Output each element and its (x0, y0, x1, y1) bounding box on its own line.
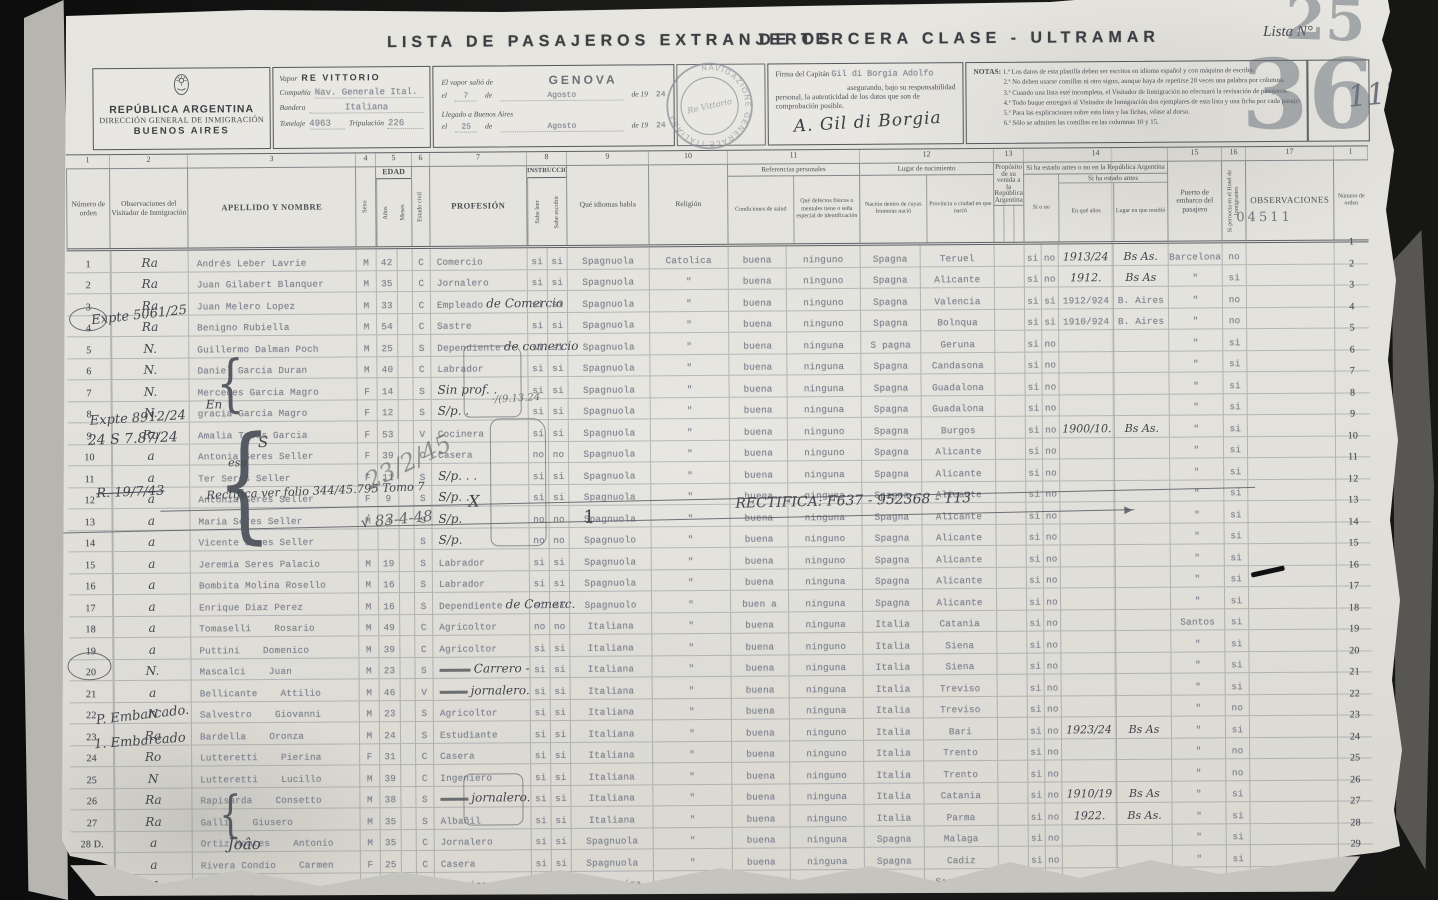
cell-pv: Burgos (922, 417, 996, 438)
cell-prof: Comercio (431, 248, 528, 269)
cell-na: Spagna (865, 826, 925, 847)
cell-s1: si (1029, 847, 1046, 868)
cell-yr: 53 (378, 421, 399, 442)
cell-pt: " (1171, 652, 1225, 673)
cell-mk: a (113, 530, 191, 551)
cell-pt: " (1170, 458, 1224, 479)
cell-ob (1247, 350, 1335, 371)
column-number: 11 (728, 150, 860, 164)
cell-nm: Galli Giusero (192, 808, 360, 830)
cell-wr: si (548, 334, 568, 355)
column-number: 3 (188, 153, 356, 167)
cell-rd: no (530, 614, 550, 635)
cell-na: Spagna (861, 288, 921, 309)
cell-s2: no (1046, 846, 1063, 867)
cell-yr: 16 (379, 572, 400, 593)
cell-s1: si (1028, 761, 1045, 782)
cell-pv: Bari (924, 718, 998, 739)
cell-cv: V (416, 679, 434, 700)
cell-rd: si (531, 764, 551, 785)
cell-cv: C (413, 292, 431, 313)
cell-ho: si (1224, 437, 1248, 458)
cell-bp (1117, 695, 1172, 716)
de-label: de (485, 90, 492, 99)
cell-yr: 14 (377, 378, 398, 399)
cell-mo (402, 851, 417, 872)
cell-de: ninguno (788, 439, 862, 460)
cell-by (1059, 373, 1114, 394)
cell-pp (997, 632, 1027, 653)
cell-s1: si (1027, 546, 1044, 567)
cell-sx: M (359, 593, 379, 614)
col-civil: Estado civil (412, 167, 431, 246)
pencil-box-ages-6-8 (463, 345, 522, 417)
cell-de: ninguno (787, 246, 861, 267)
cell-de: ninguna (788, 396, 862, 417)
cell-he: buena (732, 805, 790, 826)
cell-bp: Bs As (1114, 265, 1169, 286)
cell-s1: si (1027, 632, 1044, 653)
cell-yr: 24 (380, 722, 401, 743)
cell-mk: a (113, 616, 191, 637)
cell-mo (400, 636, 415, 657)
cell-pt: " (1170, 437, 1224, 458)
cell-pt: " (1170, 480, 1224, 501)
cell-de: ninguna (787, 332, 861, 353)
cell-rl: " (650, 311, 729, 332)
cell-s2: no (1043, 459, 1060, 480)
cell-s2: no (1043, 502, 1060, 523)
col-edad: EDAD AñosMeses (376, 167, 413, 246)
cell-lg: Italiana (570, 613, 652, 634)
cell-cv: S (413, 335, 431, 356)
cell-by (1061, 610, 1116, 631)
el-label2: el (442, 122, 447, 131)
cell-pv: Alicante (923, 589, 997, 610)
col-idiomas: Qué idiomas habla (567, 165, 650, 245)
cell-ho: si (1226, 716, 1250, 737)
cell-mk: a (112, 509, 190, 530)
cell-s1: si (1025, 266, 1042, 287)
cell-lg: Spagnuola (569, 462, 651, 483)
annotation-s04511: 04511 (1236, 210, 1292, 225)
tonelaje-label: Tonelaje (280, 118, 306, 127)
cell-by (1059, 352, 1114, 373)
cell-lg: Spagnuola (568, 247, 650, 268)
cell-s1: si (1027, 567, 1044, 588)
cell-pp (995, 374, 1025, 395)
cell-na: Italia (863, 632, 923, 653)
cell-sx: F (358, 443, 378, 464)
cell-na: Spagna (863, 589, 923, 610)
cell-he: buena (731, 526, 789, 547)
cell-na: Spagna (861, 374, 921, 395)
cell-wr: si (551, 742, 571, 763)
cell-de: ninguna (791, 848, 865, 869)
pencil-box-ages-10-15 (490, 418, 547, 546)
cell-sx: M (359, 658, 379, 679)
cell-pp (998, 782, 1028, 803)
table-header: Número de orden Observaciones del Visita… (66, 160, 1369, 251)
cell-n2: 20 (1337, 645, 1371, 666)
cell-yr: 40 (377, 357, 398, 378)
vapor-label: Vapor (279, 74, 297, 83)
cell-nm: Benigno Rubiella (189, 314, 357, 336)
cell-pv: Treviso (924, 696, 998, 717)
cell-wr: si (548, 291, 568, 312)
cell-mo (400, 571, 415, 592)
cell-ho: no (1223, 286, 1247, 307)
cell-yr: 39 (380, 765, 401, 786)
cell-yr (379, 529, 400, 550)
cell-pt: " (1172, 802, 1226, 823)
cell-rd: si (528, 334, 548, 355)
cell-ho: si (1227, 845, 1251, 866)
cell-ob (1249, 630, 1337, 651)
departure-month: Agosto (500, 91, 623, 102)
cell-n2: 24 (1338, 731, 1372, 752)
cell-bp (1116, 652, 1171, 673)
cell-pt: " (1171, 566, 1225, 587)
cell-by (1063, 846, 1118, 867)
cell-na: Spagna (863, 546, 923, 567)
cell-bp (1115, 459, 1170, 480)
cell-ho: si (1226, 673, 1250, 694)
cell-wr: si (551, 807, 571, 828)
cell-rd: si (530, 549, 550, 570)
cell-sx: M (357, 335, 377, 356)
circle-row21 (67, 652, 111, 680)
cell-wr: si (550, 635, 570, 656)
cell-s1: si (1025, 352, 1042, 373)
cell-mo (400, 593, 415, 614)
cell-nm: Lutteretti Pierina (192, 744, 360, 766)
cell-s2: no (1045, 782, 1062, 803)
cell-pv: Bolnqua (921, 309, 995, 330)
cell-sx: M (360, 722, 380, 743)
cell-pp (995, 309, 1025, 330)
cell-s2: no (1044, 545, 1061, 566)
cell-rl: " (652, 655, 731, 676)
cell-lg: Spagnuola (568, 333, 650, 354)
cell-pt: " (1171, 523, 1225, 544)
cell-de: ninguna (790, 697, 864, 718)
cell-yr: 12 (378, 400, 399, 421)
cell-mk: N. (111, 358, 189, 379)
column-number: 5 (376, 153, 412, 166)
cell-s1: si (1026, 503, 1043, 524)
cell-lg: Spagnuolo (570, 591, 652, 612)
cell-pv: Catania (924, 782, 998, 803)
cell-mo (398, 271, 413, 292)
cell-n2: 19 (1337, 623, 1371, 644)
cell-by: 1912/924 (1059, 287, 1114, 308)
arrival-month: Agosto (500, 122, 623, 133)
cell-pp (998, 761, 1028, 782)
column-number: 12 (860, 149, 994, 163)
captain-label: Firma del Capitán (775, 69, 829, 78)
arrival-day: 25 (455, 123, 477, 133)
cell-mo (399, 399, 414, 420)
table-body: 1RaAndrés Leber LavrieM42CComerciosisiSp… (67, 242, 1373, 896)
cell-mk: N. (111, 380, 189, 401)
cell-rd: si (530, 571, 550, 592)
cell-ho: si (1223, 351, 1247, 372)
cell-pt: " (1171, 630, 1225, 651)
bandera-label: Bandera (280, 103, 306, 112)
cell-n: 18 (69, 617, 113, 638)
cell-ho: si (1224, 394, 1248, 415)
cell-na: Spagna (861, 310, 921, 331)
cell-s2: no (1045, 803, 1062, 824)
cell-n2: 23 (1338, 709, 1372, 730)
cell-pt: " (1169, 351, 1223, 372)
cell-by (1061, 545, 1116, 566)
cell-na: Italia (864, 740, 924, 761)
cell-sx: M (360, 701, 380, 722)
cell-na: Spagna (863, 568, 923, 589)
cell-na: Italia (864, 761, 924, 782)
ship-crew: 226 (388, 117, 424, 128)
cell-n2: 9 (1336, 408, 1370, 429)
cell-s1: si (1025, 331, 1042, 352)
cell-ob (1248, 393, 1336, 414)
cell-ho: si (1225, 587, 1249, 608)
cell-yr: 35 (381, 830, 402, 851)
cell-sx: M (360, 679, 380, 700)
cell-de: ninguna (789, 611, 863, 632)
cell-wr: si (548, 377, 568, 398)
cell-rd: si (528, 356, 548, 377)
cell-s2: no (1042, 244, 1059, 265)
cell-ob (1248, 458, 1336, 479)
cell-cv: C (413, 356, 431, 377)
column-number: 9 (567, 151, 649, 165)
cell-n2: 25 (1338, 752, 1372, 773)
cell-n2: 16 (1337, 559, 1371, 580)
cell-de: ninguno (789, 525, 863, 546)
cell-mo (400, 657, 415, 678)
column-number: 2 (110, 155, 188, 169)
cell-rl: " (651, 419, 730, 440)
cell-ho: si (1223, 372, 1247, 393)
cell-rd: si (530, 657, 550, 678)
cell-he: buena (732, 784, 790, 805)
column-number: 1 (66, 155, 110, 168)
cell-ob (1247, 264, 1335, 285)
cell-lg: Spagnuola (568, 355, 650, 376)
cell-n: 28 D. (71, 832, 115, 853)
cell-ho: si (1226, 802, 1250, 823)
departure-day: 7 (455, 92, 477, 102)
cell-rl: " (654, 849, 733, 870)
cell-sx: M (357, 292, 377, 313)
cell-lg: Spagnuola (568, 376, 650, 397)
cell-n2: 21 (1338, 666, 1372, 687)
cell-n: 16 (69, 574, 113, 595)
cell-pt: " (1171, 587, 1225, 608)
cell-pp (998, 739, 1028, 760)
cell-pp (998, 804, 1028, 825)
cell-ob (1250, 694, 1338, 715)
cell-pp (995, 352, 1025, 373)
cell-rl: " (652, 612, 731, 633)
cell-mk: a (113, 552, 191, 573)
cell-sx: M (360, 808, 380, 829)
cell-pt: Barcelona (1169, 243, 1223, 264)
cell-s2: no (1042, 330, 1059, 351)
cell-pv: Siena (923, 653, 997, 674)
cell-wr: si (548, 269, 568, 290)
cell-prof: Empleadode Comercio (431, 291, 528, 312)
cell-n: 7 (67, 380, 111, 401)
cell-yr: 35 (377, 271, 398, 292)
cell-nm: Rivera Condio Carmen (193, 851, 361, 873)
cell-s2: no (1046, 825, 1063, 846)
cell-he: buena (729, 246, 787, 267)
cell-rl: " (650, 354, 729, 375)
cell-he: buena (730, 461, 788, 482)
cell-s1: si (1028, 804, 1045, 825)
cell-rl: " (653, 741, 732, 762)
cell-ob (1247, 286, 1335, 307)
cell-na: Spagna (862, 417, 922, 438)
column-number: 7 (430, 152, 527, 166)
cell-rd: si (531, 786, 551, 807)
cell-s1: si (1028, 739, 1045, 760)
cell-s1: si (1025, 245, 1042, 266)
cell-pt: " (1170, 394, 1224, 415)
cell-n: 1 (67, 251, 111, 272)
cell-s1: si (1027, 653, 1044, 674)
cell-rl: " (652, 548, 731, 569)
cell-prof: Agricoltor (434, 700, 531, 721)
cell-ho: si (1227, 824, 1251, 845)
cell-n2: 3 (1335, 279, 1369, 300)
cell-rl: " (650, 333, 729, 354)
cell-ob (1250, 716, 1338, 737)
cell-by (1061, 567, 1116, 588)
cell-prof: Estudiante (434, 721, 531, 742)
cell-by (1061, 524, 1116, 545)
cell-s1: si (1028, 696, 1045, 717)
cell-na: S pagna (861, 331, 921, 352)
cell-rd: si (530, 635, 550, 656)
cell-bp (1117, 738, 1172, 759)
cell-mk: a (113, 638, 191, 659)
cell-yr: 46 (380, 679, 401, 700)
cell-s2: si (1042, 309, 1059, 330)
cell-n2: 15 (1337, 537, 1371, 558)
cell-cv: C (417, 851, 435, 872)
ship-company: Nav. Generale Ital. (315, 86, 424, 98)
column-number: 15 (1168, 147, 1222, 160)
cell-s2: no (1044, 653, 1061, 674)
cell-pv: Malaga (925, 825, 999, 846)
cell-prof: Agricoltor (433, 614, 530, 635)
cell-de: ninguna (791, 826, 865, 847)
cell-yr: 39 (379, 636, 400, 657)
cell-pv: Teruel (921, 245, 995, 266)
cell-ob (1247, 372, 1335, 393)
cell-bp (1116, 523, 1171, 544)
cell-sx: F (358, 421, 378, 442)
cell-rl: " (651, 397, 730, 418)
cell-pp (997, 524, 1027, 545)
cell-s2: no (1044, 588, 1061, 609)
cell-s1: si (1028, 718, 1045, 739)
cell-cv: C (417, 829, 435, 850)
cell-pv: Cadiz (925, 847, 999, 868)
cell-pt: " (1170, 501, 1224, 522)
cell-bp (1117, 760, 1172, 781)
annotation-n112: 112 (1346, 75, 1406, 115)
cell-bp: B. Aires (1114, 287, 1169, 308)
cell-prof: Casera (434, 743, 531, 764)
cell-bp: Bs As. (1115, 416, 1170, 437)
cell-n2: 27 (1338, 795, 1372, 816)
cell-yr: 49 (379, 615, 400, 636)
cell-ob (1250, 737, 1338, 758)
cell-he: buena (729, 268, 787, 289)
cell-bp: Bs As (1117, 717, 1172, 738)
cell-rd: si (528, 270, 548, 291)
compania-label: Compañía (279, 87, 310, 96)
cell-pv: Alicante (923, 524, 997, 545)
cell-wr: si (550, 656, 570, 677)
cell-s2: no (1043, 416, 1060, 437)
cell-s1: si (1028, 675, 1045, 696)
cell-na: Italia (863, 611, 923, 632)
cell-s1: si (1026, 438, 1043, 459)
cell-cv: C (415, 636, 433, 657)
cell-lg: Spagnuola (568, 312, 650, 333)
voyage-box: El vapor salió deGENOVA el7deAgostode 19… (432, 64, 675, 148)
cell-na: Italia (864, 718, 924, 739)
cell-mo (400, 550, 415, 571)
cell-n: 14 (69, 531, 113, 552)
cell-n2: 29 (1339, 838, 1373, 859)
cell-s1: si (1025, 374, 1042, 395)
cell-lg: Italiana (570, 634, 652, 655)
cell-n2: 26 (1338, 774, 1372, 795)
cell-lg: Spagnuola (570, 570, 652, 591)
cell-ob (1249, 544, 1337, 565)
cell-ob (1249, 651, 1337, 672)
cell-by: 1910/924 (1059, 309, 1114, 330)
cell-rd: si (531, 807, 551, 828)
cell-pv: Alicante (922, 438, 996, 459)
cell-he: buena (729, 311, 787, 332)
cell-he: buena (732, 698, 790, 719)
cell-n: 21 (70, 681, 114, 702)
cell-pp (995, 288, 1025, 309)
cell-n2: 12 (1336, 473, 1370, 494)
cell-lg: Italiana (571, 785, 653, 806)
cell-prof: Labrador (433, 549, 530, 570)
cell-de: ninguna (790, 676, 864, 697)
cell-sx: M (357, 249, 377, 270)
cell-mo (398, 314, 413, 335)
cell-mo (398, 292, 413, 313)
cell-s2: no (1042, 373, 1059, 394)
cell-na: Italia (864, 675, 924, 696)
cell-na: Spagna (861, 245, 921, 266)
cell-rd: si (532, 829, 552, 850)
annotation-xmark: X (468, 492, 480, 511)
cell-rd: si (531, 743, 551, 764)
cell-wr: no (550, 613, 570, 634)
